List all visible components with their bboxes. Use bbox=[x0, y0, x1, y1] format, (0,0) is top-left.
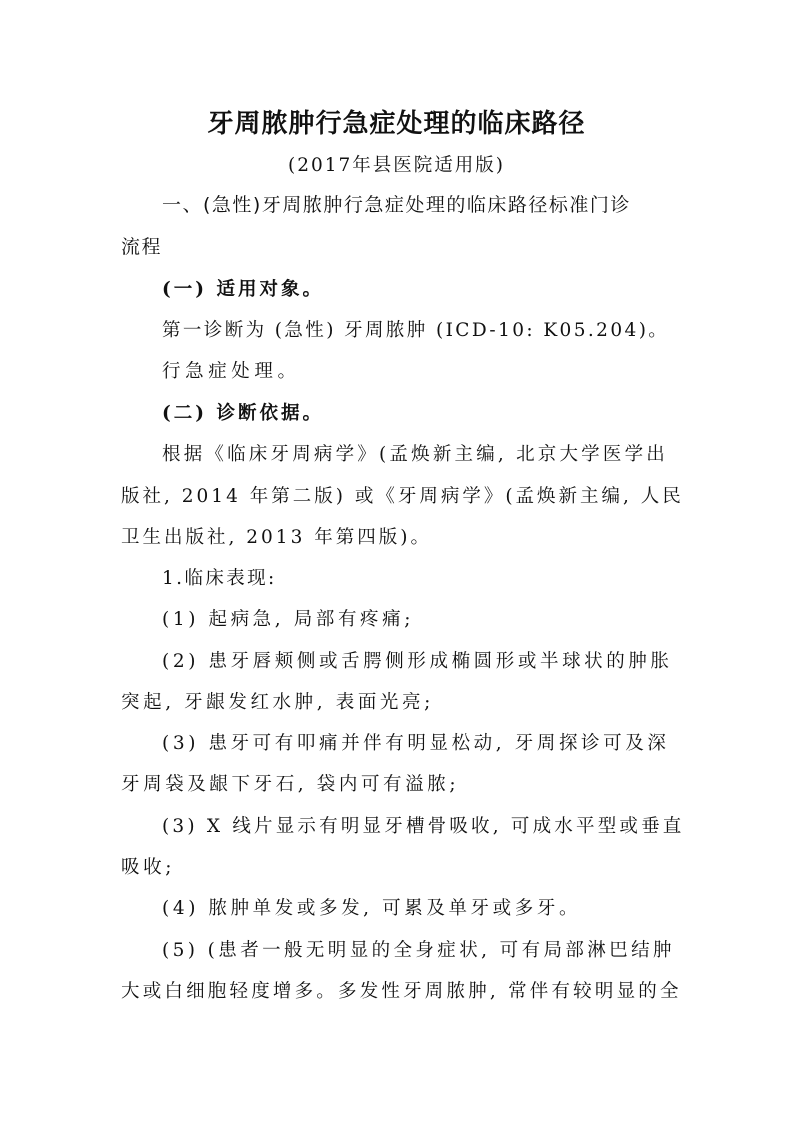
document-page: 牙周脓肿行急症处理的临床路径 (2017年县医院适用版) 一、(急性)牙周脓肿行… bbox=[0, 0, 793, 1122]
section-heading: 一、(急性)牙周脓肿行急症处理的临床路径标准门诊 bbox=[162, 196, 631, 215]
paragraph-reference: 根据《临床牙周病学》(孟焕新主编, 北京大学医学出 bbox=[162, 446, 668, 465]
section-heading-continued: 流程 bbox=[121, 238, 162, 257]
subsection-heading-basis: (二) 诊断依据。 bbox=[162, 405, 324, 424]
paragraph-treatment: 行急症处理。 bbox=[162, 363, 301, 382]
list-item: (3) X 线片显示有明显牙槽骨吸收, 可成水平型或垂直 bbox=[162, 818, 685, 837]
clinical-heading: 1.临床表现: bbox=[162, 570, 277, 589]
paragraph-reference-continued: 版社, 2014 年第二版) 或《牙周病学》(孟焕新主编, 人民 bbox=[121, 488, 684, 507]
paragraph-reference-end: 卫生出版社, 2013 年第四版)。 bbox=[121, 529, 432, 548]
paragraph-diagnosis: 第一诊断为 (急性) 牙周脓肿 (ICD-10: K05.204)。 bbox=[162, 322, 669, 341]
list-item: (2) 患牙唇颊侧或舌腭侧形成椭圆形或半球状的肿胀 bbox=[162, 653, 673, 672]
list-item: (3) 患牙可有叩痛并伴有明显松动, 牙周探诊可及深 bbox=[162, 735, 669, 754]
document-subtitle: (2017年县医院适用版) bbox=[0, 151, 793, 177]
list-item: (1) 起病急, 局部有疼痛; bbox=[162, 611, 414, 630]
list-item-continued: 大或白细胞轻度增多。多发性牙周脓肿, 常伴有较明显的全 bbox=[121, 983, 682, 1002]
list-item-continued: 突起, 牙龈发红水肿, 表面光亮; bbox=[121, 694, 434, 713]
document-title: 牙周脓肿行急症处理的临床路径 bbox=[0, 103, 793, 140]
list-item: (5) (患者一般无明显的全身症状, 可有局部淋巴结肿 bbox=[162, 942, 675, 961]
list-item-continued: 牙周袋及龈下牙石, 袋内可有溢脓; bbox=[121, 776, 459, 795]
list-item: (4) 脓肿单发或多发, 可累及单牙或多牙。 bbox=[162, 900, 581, 919]
subsection-heading-scope: (一) 适用对象。 bbox=[162, 281, 324, 300]
list-item-continued: 吸收; bbox=[121, 859, 175, 878]
